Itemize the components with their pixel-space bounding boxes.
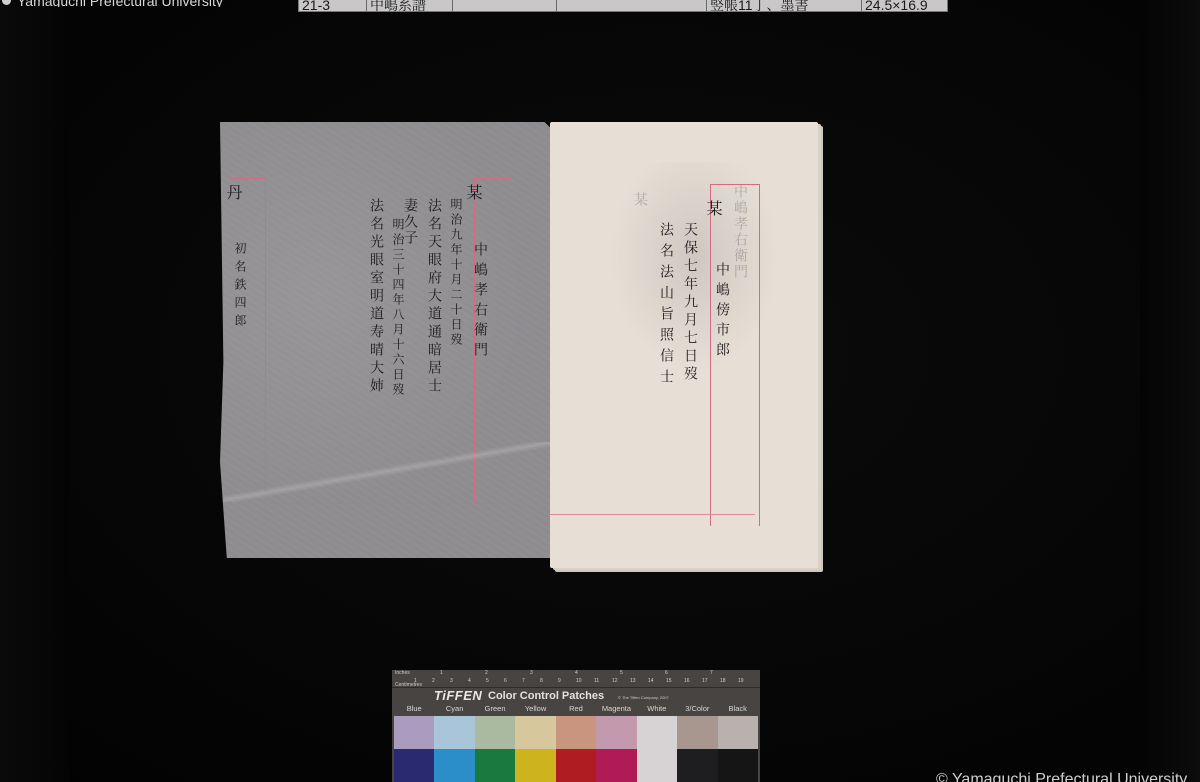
cm-mark: 10 (576, 678, 582, 684)
wife-death-date-column: 明治三十四年八月十六日歿 (390, 218, 407, 398)
cm-mark: 3 (450, 678, 453, 684)
patch-3color-light (677, 716, 717, 749)
inch-mark: 6 (665, 670, 668, 676)
cm-mark: 18 (720, 678, 726, 684)
inch-mark: 4 (575, 670, 578, 676)
wife-posthumous-name-column: 法名光眼室明道寿晴大姉 (366, 198, 386, 396)
patch-label-black: Black (718, 704, 758, 713)
cm-mark: 2 (432, 678, 435, 684)
copyright-watermark: © Yamaguchi Prefectural University (936, 771, 1187, 782)
document-left-page: 丹 初名鉄四郎 某 中嶋孝右衛門 明治九年十月二十日歿 法名天眼府大道通暗居士 … (220, 122, 558, 558)
patch-white (637, 716, 677, 782)
patch-yellow-dark (515, 749, 555, 782)
ancestor-name-column: 中嶋傍市郎 (712, 262, 732, 362)
patch-label-magenta: Magenta (596, 704, 636, 713)
cm-mark: 12 (612, 678, 618, 684)
cm-mark: 15 (666, 678, 672, 684)
catalog-id-cell: 21-3 (299, 0, 367, 11)
ancestor-name-column: 中嶋孝右衛門 (470, 242, 490, 362)
cm-mark: 17 (702, 678, 708, 684)
cm-mark: 19 (738, 678, 744, 684)
cm-mark: 1 (414, 678, 417, 684)
death-date-column: 天保七年九月七日歿 (680, 222, 700, 384)
catalog-title-cell: 中嶋系譜 (367, 0, 453, 11)
color-control-card: Inches Centimetres 1 2 3 4 5 6 7 1 2 3 4… (392, 670, 760, 782)
scan-background: Yamaguchi Prefectural University 21-3 中嶋… (0, 0, 1200, 782)
former-name-column: 初名鉄四郎 (232, 242, 249, 332)
catalog-table-row: 21-3 中嶋系譜 竪帳11丁、墨書 24.5×16.9 (298, 0, 948, 12)
institution-label: Yamaguchi Prefectural University (2, 0, 223, 7)
patch-label-red: Red (556, 704, 596, 713)
patch-red-dark (556, 749, 596, 782)
scanner-edge-right (1140, 0, 1200, 782)
cm-mark: 16 (684, 678, 690, 684)
card-title: Color Control Patches (488, 690, 604, 702)
catalog-empty-cell-2 (557, 0, 707, 11)
patch-black-dark (718, 749, 758, 782)
patch-yellow-light (515, 716, 555, 749)
patch-green-light (475, 716, 515, 749)
cm-mark: 11 (594, 678, 599, 684)
patch-label-cyan: Cyan (434, 704, 474, 713)
inch-mark: 3 (530, 670, 533, 676)
catalog-format-cell: 竪帳11丁、墨書 (707, 0, 862, 11)
institution-text: Yamaguchi Prefectural University (17, 0, 223, 7)
patch-label-yellow: Yellow (515, 704, 555, 713)
patch-magenta-dark (596, 749, 636, 782)
bullet-icon (2, 0, 11, 5)
cm-mark: 8 (540, 678, 543, 684)
heading-mark: 某 (462, 184, 485, 202)
ruled-line-bottom (550, 514, 755, 515)
scanner-edge-left (0, 0, 70, 782)
cm-mark: 5 (486, 678, 489, 684)
patch-3color-dark (677, 749, 717, 782)
posthumous-name-column: 法名天眼府大道通暗居士 (424, 198, 444, 396)
catalog-empty-cell-1 (453, 0, 557, 11)
patch-labels-row: Blue Cyan Green Yellow Red Magenta White… (392, 704, 760, 713)
color-patch-grid (394, 716, 758, 782)
patch-green-dark (475, 749, 515, 782)
measurement-ruler: Inches Centimetres 1 2 3 4 5 6 7 1 2 3 4… (392, 670, 760, 688)
catalog-size-cell: 24.5×16.9 (862, 0, 947, 11)
inch-mark: 2 (485, 670, 488, 676)
inches-label: Inches (395, 670, 410, 676)
cm-mark: 7 (522, 678, 525, 684)
patch-magenta-light (596, 716, 636, 749)
cm-mark: 6 (504, 678, 507, 684)
patch-blue-light (394, 716, 434, 749)
cm-mark: 4 (468, 678, 471, 684)
document-right-page: 中嶋孝右衛門 某 某 中嶋傍市郎 天保七年九月七日歿 法名法山旨照信士 (550, 122, 818, 568)
patch-label-green: Green (475, 704, 515, 713)
card-copyright: © The Tiffen Company, 2007 (618, 695, 669, 700)
cm-mark: 9 (558, 678, 561, 684)
patch-cyan-dark (434, 749, 474, 782)
cm-mark: 14 (648, 678, 654, 684)
patch-label-white: White (637, 704, 677, 713)
bleed-through-heading: 某 (630, 192, 650, 208)
patch-label-blue: Blue (394, 704, 434, 713)
death-date-column: 明治九年十月二十日歿 (448, 198, 465, 348)
posthumous-name-column: 法名法山旨照信士 (656, 222, 676, 390)
patch-red-light (556, 716, 596, 749)
bleed-through-text: 中嶋孝右衛門 (730, 184, 750, 280)
inch-mark: 5 (620, 670, 623, 676)
inch-mark: 1 (440, 670, 443, 676)
heading-mark: 某 (702, 200, 725, 218)
centimetres-label: Centimetres (395, 682, 422, 688)
patch-label-3color: 3/Color (677, 704, 717, 713)
margin-mark: 丹 (222, 184, 245, 202)
inch-mark: 7 (710, 670, 713, 676)
patch-cyan-light (434, 716, 474, 749)
paper-fold-crease (220, 442, 560, 502)
tiffen-logo: TiFFEN (434, 688, 482, 703)
patch-black-light (718, 716, 758, 749)
patch-blue-dark (394, 749, 434, 782)
cm-mark: 13 (630, 678, 636, 684)
